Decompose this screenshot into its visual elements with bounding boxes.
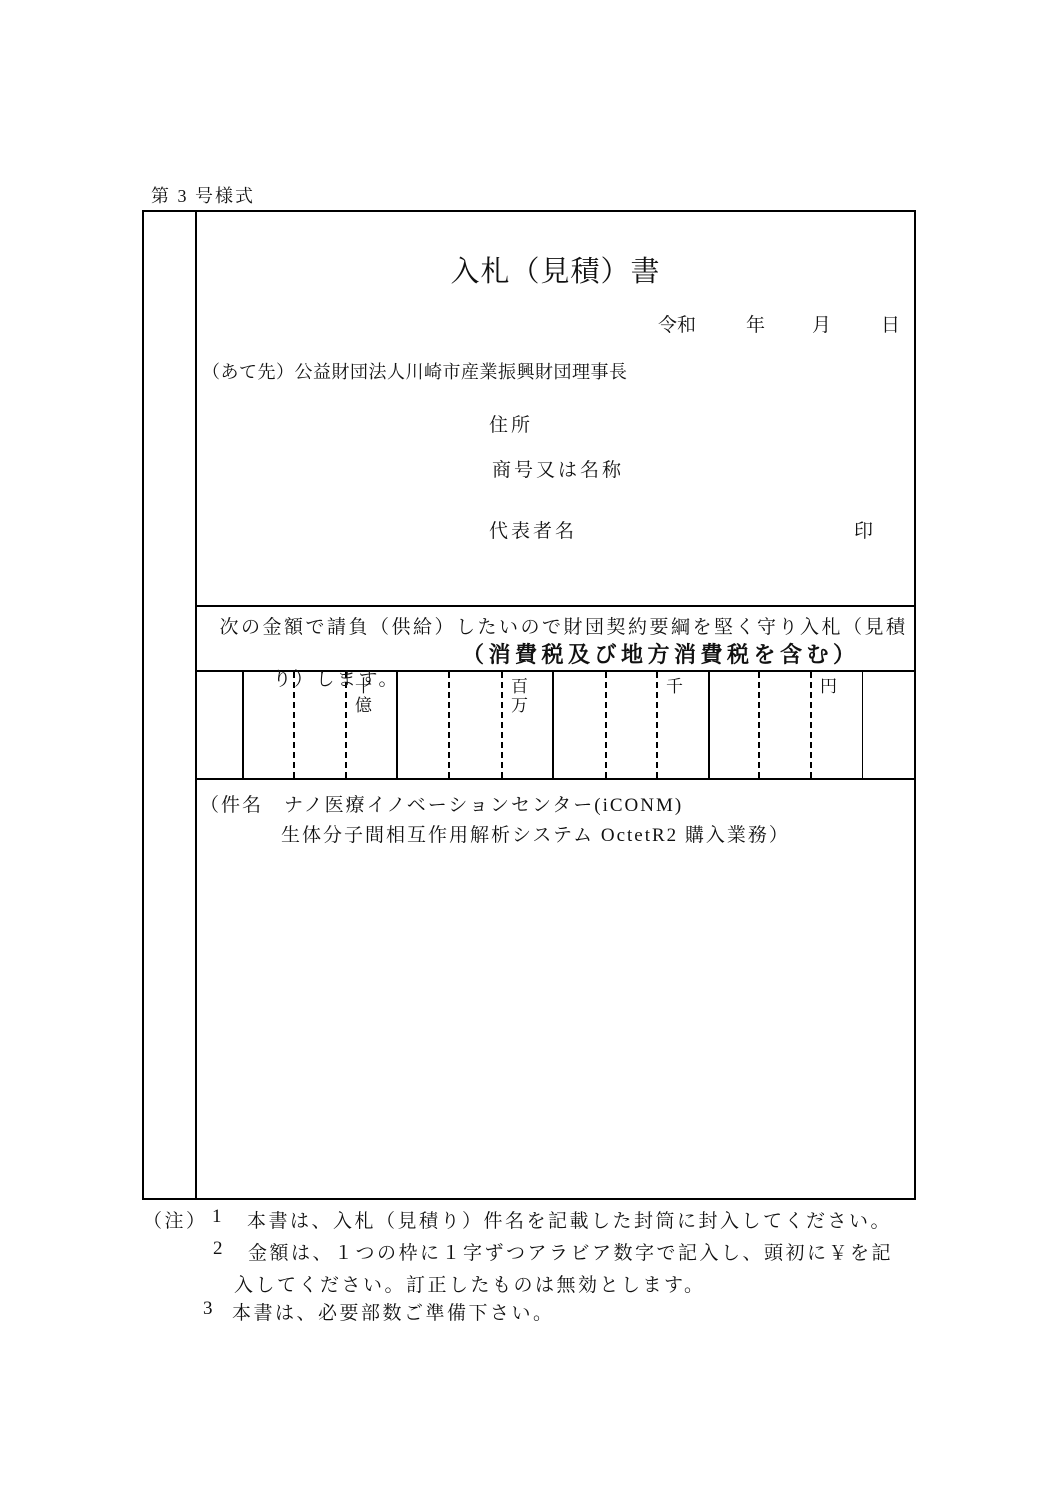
million-label: 百万 [511,677,531,715]
addressee-line: （あて先）公益財団法人川崎市産業振興財団理事長 [202,358,628,384]
amount-cell-yen: 円 [812,672,863,778]
notes-marker: （注） [143,1206,208,1233]
address-field-label: 住所 [489,410,533,437]
form-number-label: 第 3 号様式 [151,182,255,208]
declaration-line2: り）します。 （消費税及び地方消費税を含む） [200,642,400,735]
header-section: 入札（見積）書 令和 年 月 日 （あて先）公益財団法人川崎市産業振興財団理事長… [197,212,914,607]
date-year-label: 年 [746,310,765,337]
note1-number: 1 [212,1206,224,1228]
declaration-line2-text: り）します。 [273,669,400,690]
left-margin-column [144,212,197,1198]
declaration-line1: 次の金額で請負（供給）したいので財団契約要綱を堅く守り入札（見積 [198,612,908,639]
seal-label: 印 [854,516,873,543]
subject-line2: 生体分子間相互作用解析システム OctetR2 購入業務） [281,820,790,847]
yen-label: 円 [820,677,840,696]
document-page: 第 3 号様式 入札（見積）書 令和 年 月 日 （あて先）公益財団法人川崎市産… [0,0,1058,1497]
note3-number: 3 [203,1298,215,1320]
date-day-label: 日 [881,310,900,337]
note2-continuation: 入してください。訂正したものは無効とします。 [234,1270,705,1297]
subject-section: （件名 ナノ医療イノベーションセンター(iCONM) 生体分子間相互作用解析シス… [197,780,914,1198]
thousand-label: 千 [666,677,686,696]
note3-text: 本書は、必要部数ご準備下さい。 [232,1298,555,1325]
declaration-section: 次の金額で請負（供給）したいので財団契約要綱を堅く守り入札（見積 り）します。 … [197,607,914,672]
date-month-label: 月 [812,310,831,337]
note1-text: 本書は、入札（見積り）件名を記載した封筒に封入してください。 [247,1206,892,1233]
date-era-label: 令和 [658,310,696,337]
amount-cell [398,672,450,778]
form-main-column: 入札（見積）書 令和 年 月 日 （あて先）公益財団法人川崎市産業振興財団理事長… [197,212,914,1198]
form-title: 入札（見積）書 [197,249,914,290]
amount-cell [710,672,760,778]
note2-number: 2 [213,1238,225,1260]
company-name-field-label: 商号又は名称 [492,455,624,482]
amount-cell [450,672,503,778]
bid-form-box: 入札（見積）書 令和 年 月 日 （あて先）公益財団法人川崎市産業振興財団理事長… [142,210,916,1200]
amount-cell [554,672,607,778]
amount-cell-thousand: 千 [658,672,710,778]
amount-cell-million: 百万 [503,672,554,778]
amount-cell [863,672,914,778]
tax-inclusion-note: （消費税及び地方消費税を含む） [462,638,860,669]
note2-text: 金額は、１つの枠に１字ずつアラビア数字で記入し、頭初に￥を記 [248,1238,893,1265]
representative-field-label: 代表者名 [489,516,577,543]
amount-cell [760,672,812,778]
subject-line1: （件名 ナノ医療イノベーションセンター(iCONM) [200,790,683,817]
amount-cell [607,672,658,778]
